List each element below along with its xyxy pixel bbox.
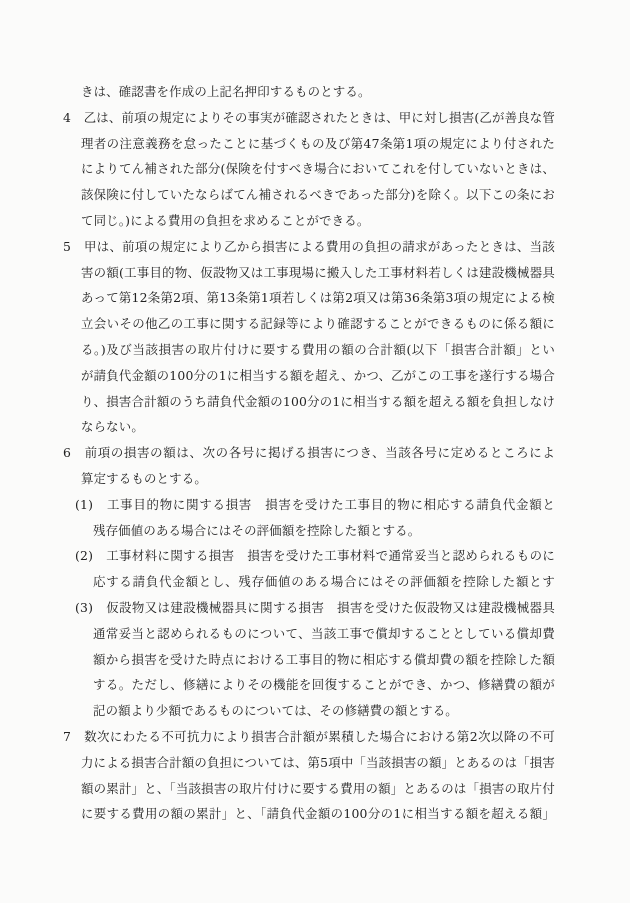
contract-line: 算定するものとする。 — [0, 466, 555, 492]
contract-line: て同じ。)による費用の負担を求めることができる。 — [0, 208, 555, 234]
contract-line: 額から損害を受けた時点における工事目的物に相応する償却費の額を控除した額と — [0, 647, 555, 673]
contract-line: に要する費用の額の累計」と、「請負代金額の100分の1に相当する額を超える額」と… — [0, 801, 555, 827]
contract-text-block: きは、確認書を作成の上記名押印するものとする。 4 乙は、前項の規定によりその事… — [0, 79, 555, 827]
contract-line: る。)及び当該損害の取片付けに要する費用の額の合計額(以下「損害合計額」という。… — [0, 337, 555, 363]
contract-line: 記の額より少額であるものについては、その修繕費の額とする。 — [0, 698, 555, 724]
contract-line: り、損害合計額のうち請負代金額の100分の1に相当する額を超える額を負担しなけれ… — [0, 389, 555, 415]
contract-line: 額の累計」と、「当該損害の取片付けに要する費用の額」とあるのは「損害の取片付け — [0, 776, 555, 802]
sub-item-1: (1) 工事目的物に関する損害 損害を受けた工事目的物に相応する請負代金額とし、 — [0, 492, 555, 518]
sub-item-3: (3) 仮設物又は建設機械器具に関する損害 損害を受けた仮設物又は建設機械器具で — [0, 595, 555, 621]
clause-item-6: 6 前項の損害の額は、次の各号に掲げる損害につき、当該各号に定めるところにより、 — [0, 440, 555, 466]
contract-line: きは、確認書を作成の上記名押印するものとする。 — [0, 79, 555, 105]
clause-item-4: 4 乙は、前項の規定によりその事実が確認されたときは、甲に対し損害(乙が善良な管 — [0, 105, 555, 131]
clause-item-5: 5 甲は、前項の規定により乙から損害による費用の負担の請求があったときは、当該損 — [0, 234, 555, 260]
contract-line: 該保険に付していたならばてん補されるべきであった部分)を除く。以下この条におい — [0, 182, 555, 208]
contract-line: 力による損害合計額の負担については、第5項中「当該損害の額」とあるのは「損害の — [0, 750, 555, 776]
contract-line: 立会いその他乙の工事に関する記録等により確認することができるものに係る額に限 — [0, 311, 555, 337]
document-page: きは、確認書を作成の上記名押印するものとする。 4 乙は、前項の規定によりその事… — [0, 0, 630, 903]
contract-line: 理者の注意義務を怠ったことに基づくもの及び第47条第1項の規定により付された保険 — [0, 131, 555, 157]
contract-line: ならない。 — [0, 414, 555, 440]
contract-line: 害の額(工事目的物、仮設物又は工事現場に搬入した工事材料若しくは建設機械器具で — [0, 260, 555, 286]
contract-line: が請負代金額の100分の1に相当する額を超え、かつ、乙がこの工事を遂行する場合に… — [0, 363, 555, 389]
contract-line: によりてん補された部分(保険を付すべき場合においてこれを付していないときは、当 — [0, 156, 555, 182]
clause-item-7: 7 数次にわたる不可抗力により損害合計額が累積した場合における第2次以降の不可抗 — [0, 724, 555, 750]
sub-item-2: (2) 工事材料に関する損害 損害を受けた工事材料で通常妥当と認められるものに相 — [0, 543, 555, 569]
contract-line: する。ただし、修繕によりその機能を回復することができ、かつ、修繕費の額が上 — [0, 672, 555, 698]
contract-line: あって第12条第2項、第13条第1項若しくは第2項又は第36条第3項の規定による… — [0, 285, 555, 311]
contract-line: 応する請負代金額とし、残存価値のある場合にはその評価額を控除した額とする。 — [0, 569, 555, 595]
contract-line: 残存価値のある場合にはその評価額を控除した額とする。 — [0, 518, 555, 544]
contract-line: 通常妥当と認められるものについて、当該工事で償却することとしている償却費の — [0, 621, 555, 647]
